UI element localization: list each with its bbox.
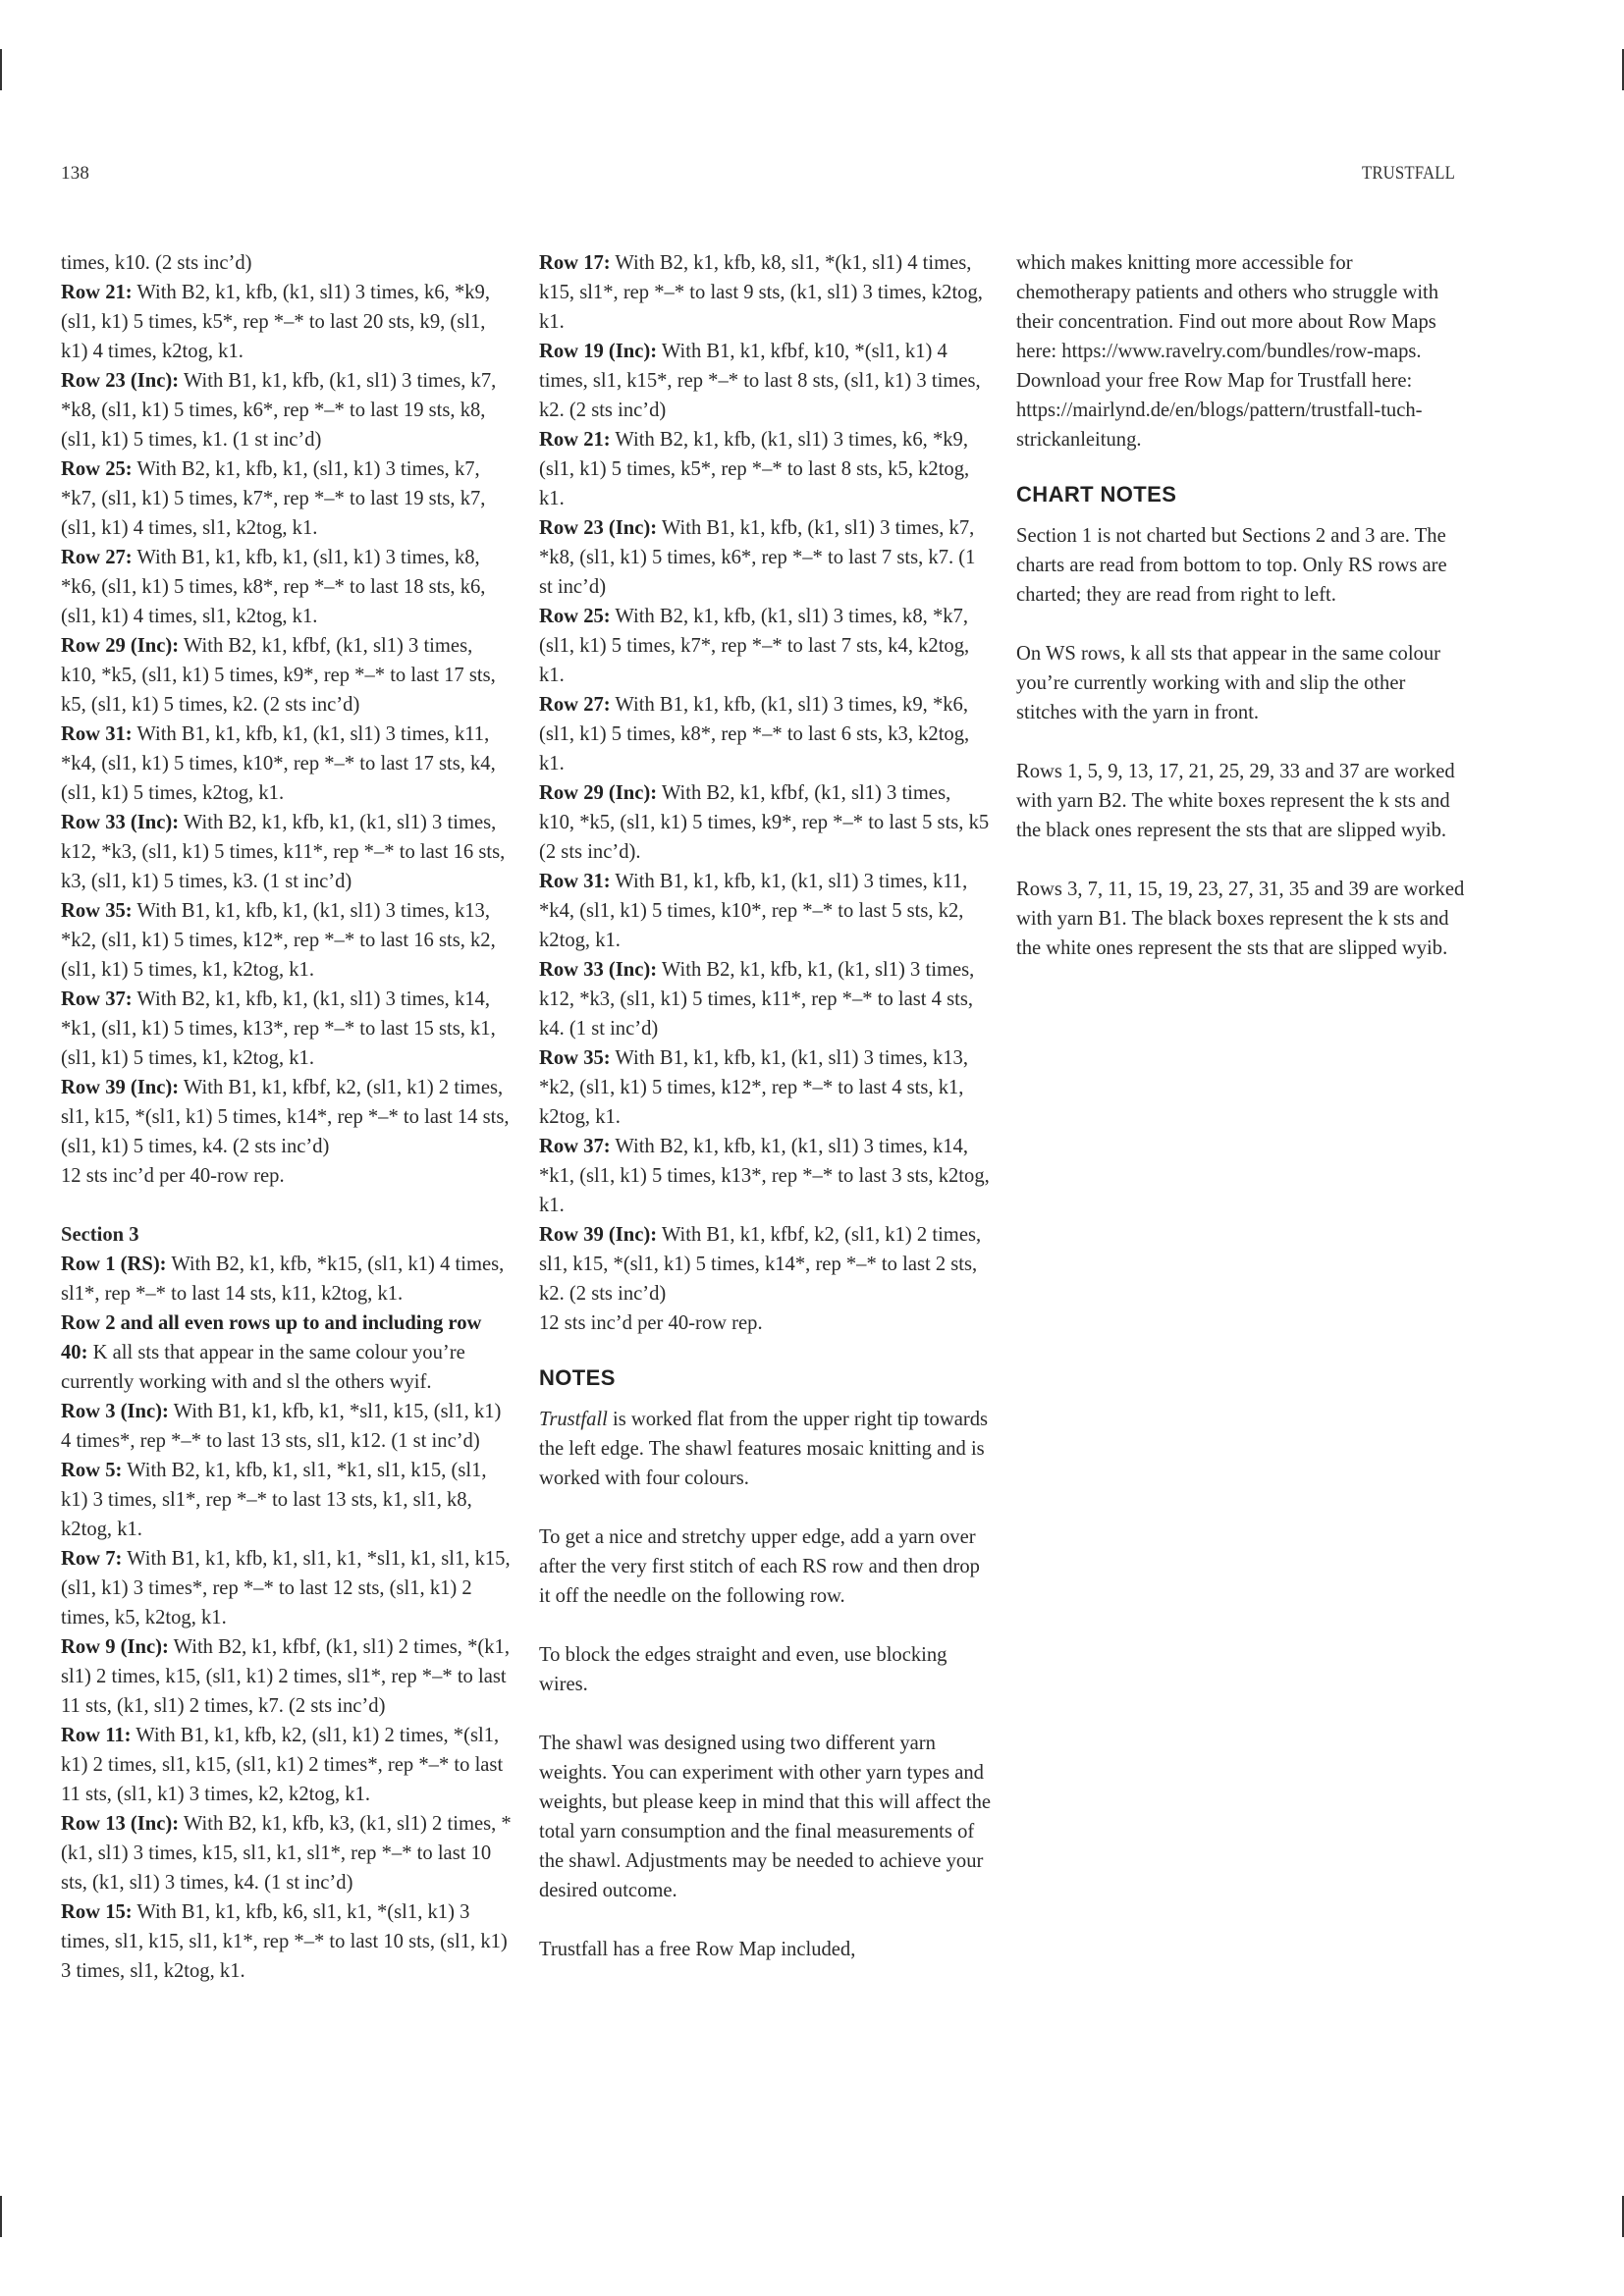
notes-continuation: which makes knitting more accessible for… (1016, 248, 1468, 454)
row-instruction: Row 7: With B1, k1, kfb, k1, sl1, k1, *s… (61, 1544, 513, 1632)
section-3-heading: Section 3 (61, 1220, 513, 1250)
row-instruction: Row 2 and all even rows up to and includ… (61, 1308, 513, 1397)
row-instruction: Row 21: With B2, k1, kfb, (k1, sl1) 3 ti… (61, 278, 513, 366)
row-instruction: Row 15: With B1, k1, kfb, k6, sl1, k1, *… (61, 1897, 513, 1986)
section2-rows: Row 21: With B2, k1, kfb, (k1, sl1) 3 ti… (61, 278, 513, 1161)
notes-paragraph: Trustfall has a free Row Map included, (539, 1935, 991, 1964)
row-instruction: Row 13 (Inc): With B2, k1, kfb, k3, (k1,… (61, 1809, 513, 1897)
notes-paragraph: To get a nice and stretchy upper edge, a… (539, 1522, 991, 1611)
chart-notes-paragraph: Rows 1, 5, 9, 13, 17, 21, 25, 29, 33 and… (1016, 757, 1468, 845)
running-title: TRUSTFALL (1362, 163, 1455, 185)
row-instruction: Row 27: With B1, k1, kfb, (k1, sl1) 3 ti… (539, 690, 991, 778)
row-instruction: Row 35: With B1, k1, kfb, k1, (k1, sl1) … (539, 1043, 991, 1132)
notes-paragraph: The shawl was designed using two differe… (539, 1729, 991, 1905)
column-1: times, k10. (2 sts inc’d) Row 21: With B… (61, 248, 513, 1986)
section-summary: 12 sts inc’d per 40-row rep. (61, 1161, 513, 1191)
row-instruction: Row 21: With B2, k1, kfb, (k1, sl1) 3 ti… (539, 425, 991, 513)
notes-paragraph: Trustfall is worked flat from the upper … (539, 1405, 991, 1493)
row-instruction: Row 5: With B2, k1, kfb, k1, sl1, *k1, s… (61, 1456, 513, 1544)
row-instruction: Row 11: With B1, k1, kfb, k2, (sl1, k1) … (61, 1721, 513, 1809)
row-instruction: Row 31: With B1, k1, kfb, k1, (k1, sl1) … (539, 867, 991, 955)
crop-mark-bottom-left (0, 2196, 2, 2237)
row-instruction: Row 31: With B1, k1, kfb, k1, (k1, sl1) … (61, 720, 513, 808)
column-3: which makes knitting more accessible for… (1016, 248, 1468, 963)
section3-rows: Row 1 (RS): With B2, k1, kfb, *k15, (sl1… (61, 1250, 513, 1986)
row-instruction: Row 25: With B2, k1, kfb, (k1, sl1) 3 ti… (539, 602, 991, 690)
row-instruction: Row 27: With B1, k1, kfb, k1, (sl1, k1) … (61, 543, 513, 631)
row-instruction: Row 23 (Inc): With B1, k1, kfb, (k1, sl1… (61, 366, 513, 454)
column-2: Row 17: With B2, k1, kfb, k8, sl1, *(k1,… (539, 248, 991, 1964)
section3-rows-continued: Row 17: With B2, k1, kfb, k8, sl1, *(k1,… (539, 248, 991, 1308)
row-instruction: Row 1 (RS): With B2, k1, kfb, *k15, (sl1… (61, 1250, 513, 1308)
row-instruction: Row 39 (Inc): With B1, k1, kfbf, k2, (sl… (539, 1220, 991, 1308)
row-instruction: Row 37: With B2, k1, kfb, k1, (k1, sl1) … (61, 985, 513, 1073)
row-instruction: Row 33 (Inc): With B2, k1, kfb, k1, (k1,… (61, 808, 513, 896)
row-instruction: Row 29 (Inc): With B2, k1, kfbf, (k1, sl… (61, 631, 513, 720)
continuation-text: times, k10. (2 sts inc’d) (61, 248, 513, 278)
crop-mark-top-left (0, 49, 2, 90)
chart-notes-paragraph: On WS rows, k all sts that appear in the… (1016, 639, 1468, 727)
row-instruction: Row 35: With B1, k1, kfb, k1, (k1, sl1) … (61, 896, 513, 985)
row-instruction: Row 33 (Inc): With B2, k1, kfb, k1, (k1,… (539, 955, 991, 1043)
notes-heading: NOTES (539, 1363, 991, 1393)
row-instruction: Row 17: With B2, k1, kfb, k8, sl1, *(k1,… (539, 248, 991, 337)
section-summary: 12 sts inc’d per 40-row rep. (539, 1308, 991, 1338)
notes-paragraph: To block the edges straight and even, us… (539, 1640, 991, 1699)
row-instruction: Row 37: With B2, k1, kfb, k1, (k1, sl1) … (539, 1132, 991, 1220)
row-instruction: Row 9 (Inc): With B2, k1, kfbf, (k1, sl1… (61, 1632, 513, 1721)
chart-notes-paragraph: Rows 3, 7, 11, 15, 19, 23, 27, 31, 35 an… (1016, 875, 1468, 963)
chart-notes-heading: CHART NOTES (1016, 480, 1468, 509)
row-instruction: Row 29 (Inc): With B2, k1, kfbf, (k1, sl… (539, 778, 991, 867)
chart-notes-paragraph: Section 1 is not charted but Sections 2 … (1016, 521, 1468, 610)
row-instruction: Row 19 (Inc): With B1, k1, kfbf, k10, *(… (539, 337, 991, 425)
row-instruction: Row 3 (Inc): With B1, k1, kfb, k1, *sl1,… (61, 1397, 513, 1456)
row-instruction: Row 23 (Inc): With B1, k1, kfb, (k1, sl1… (539, 513, 991, 602)
row-instruction: Row 39 (Inc): With B1, k1, kfbf, k2, (sl… (61, 1073, 513, 1161)
page-number: 138 (61, 163, 89, 185)
row-instruction: Row 25: With B2, k1, kfb, k1, (sl1, k1) … (61, 454, 513, 543)
